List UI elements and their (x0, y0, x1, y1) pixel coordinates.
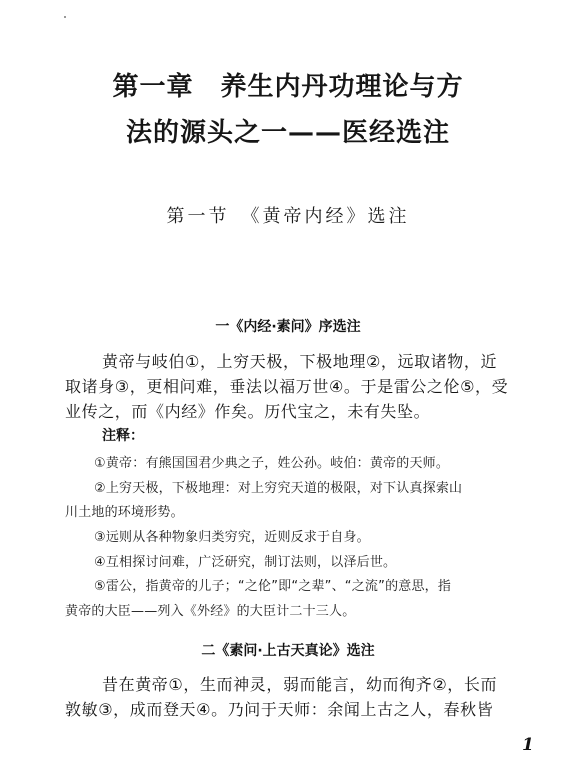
note-line-1: ①黄帝：有熊国国君少典之子，姓公孙。岐伯：黄帝的天师。 (94, 452, 449, 471)
part2-body-line-1: 昔在黄帝①，生而神灵，弱而能言，幼而徇齐②，长而 (102, 672, 497, 695)
part1-body-line-2: 取诸身③，更相问难，垂法以福万世④。于是雷公之伦⑤，受 (65, 374, 508, 397)
book-page: 第一章 养生内丹功理论与方 法的源头之一——医经选注 第一节 《黄帝内经》选注 … (0, 0, 576, 774)
note-line-7: 黄帝的大臣——列入《外经》的大臣计二十三人。 (65, 600, 355, 619)
part1-body-line-1: 黄帝与岐伯①，上穷天极，下极地理②，远取诸物，近 (102, 349, 497, 372)
scan-speck (64, 16, 66, 18)
chapter-title-line-2: 法的源头之一——医经选注 (0, 112, 576, 149)
note-line-3: 川土地的环境形势。 (65, 501, 184, 520)
part1-heading: 一《内经·素问》序选注 (0, 316, 576, 336)
note-line-4: ③远则从各种物象归类穷究，近则反求于自身。 (94, 526, 370, 545)
note-line-6: ⑤雷公，指黄帝的儿子；“之伦”即“之辈”、“之流”的意思，指 (94, 575, 451, 594)
part2-heading: 二《素问·上古天真论》选注 (0, 640, 576, 660)
note-line-5: ④互相探讨问难，广泛研究，制订法则，以泽后世。 (94, 551, 396, 570)
chapter-title-line-1: 第一章 养生内丹功理论与方 (0, 66, 576, 103)
section-title: 第一节 《黄帝内经》选注 (0, 202, 576, 228)
part1-body-line-3: 业传之，而《内经》作矣。历代宝之，未有失坠。 (65, 399, 430, 422)
page-number: 1 (522, 735, 534, 755)
notes-label: 注释： (102, 425, 144, 445)
note-line-2: ②上穷天极，下极地理：对上穷究天道的极限，对下认真探索山 (94, 477, 462, 496)
part2-body-line-2: 敦敏③，成而登天④。乃问于天师：余闻上古之人，春秋皆 (65, 697, 493, 720)
